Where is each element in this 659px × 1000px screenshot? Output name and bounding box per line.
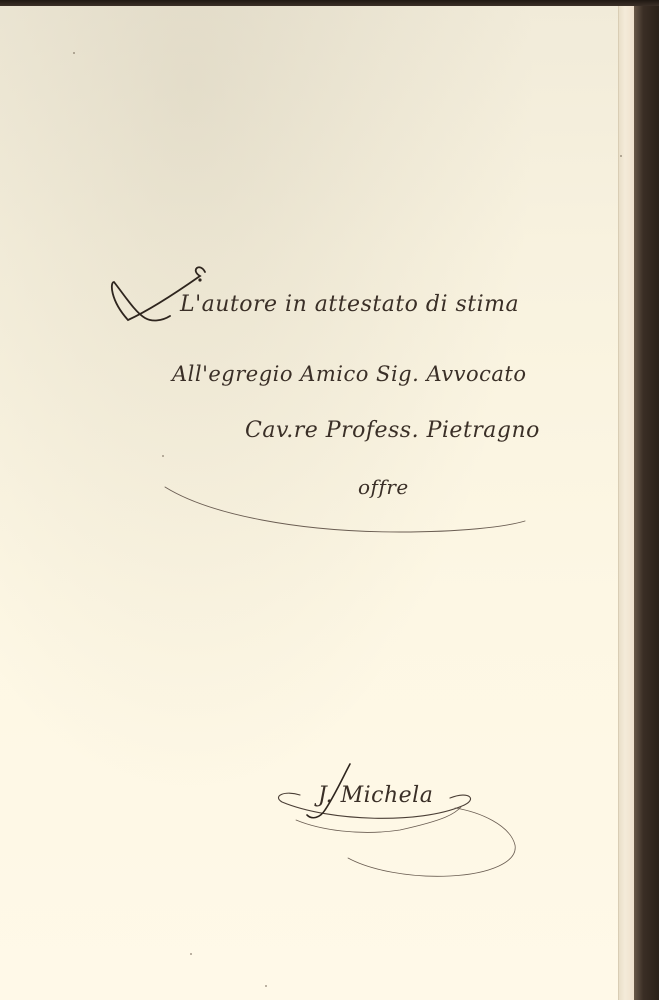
dedication-line-1: L'autore in attestato di stima [180,292,519,317]
scanned-page: L'autore in attestato di stima All'egreg… [0,0,659,1000]
dedication-line-3: Cav.re Profess. Pietragno [245,418,540,443]
paper-speck [620,155,622,157]
dedication-line-2: All'egregio Amico Sig. Avvocato [172,362,527,386]
dedication-line-4: offre [358,475,409,499]
paper-speck [73,52,75,54]
book-binding [633,0,659,1000]
paper-speck [265,985,267,987]
paper-speck [162,455,164,457]
author-signature: J. Michela [318,783,433,808]
paper-page [0,5,633,1000]
top-edge-shadow [0,0,659,6]
paper-speck [190,953,192,955]
